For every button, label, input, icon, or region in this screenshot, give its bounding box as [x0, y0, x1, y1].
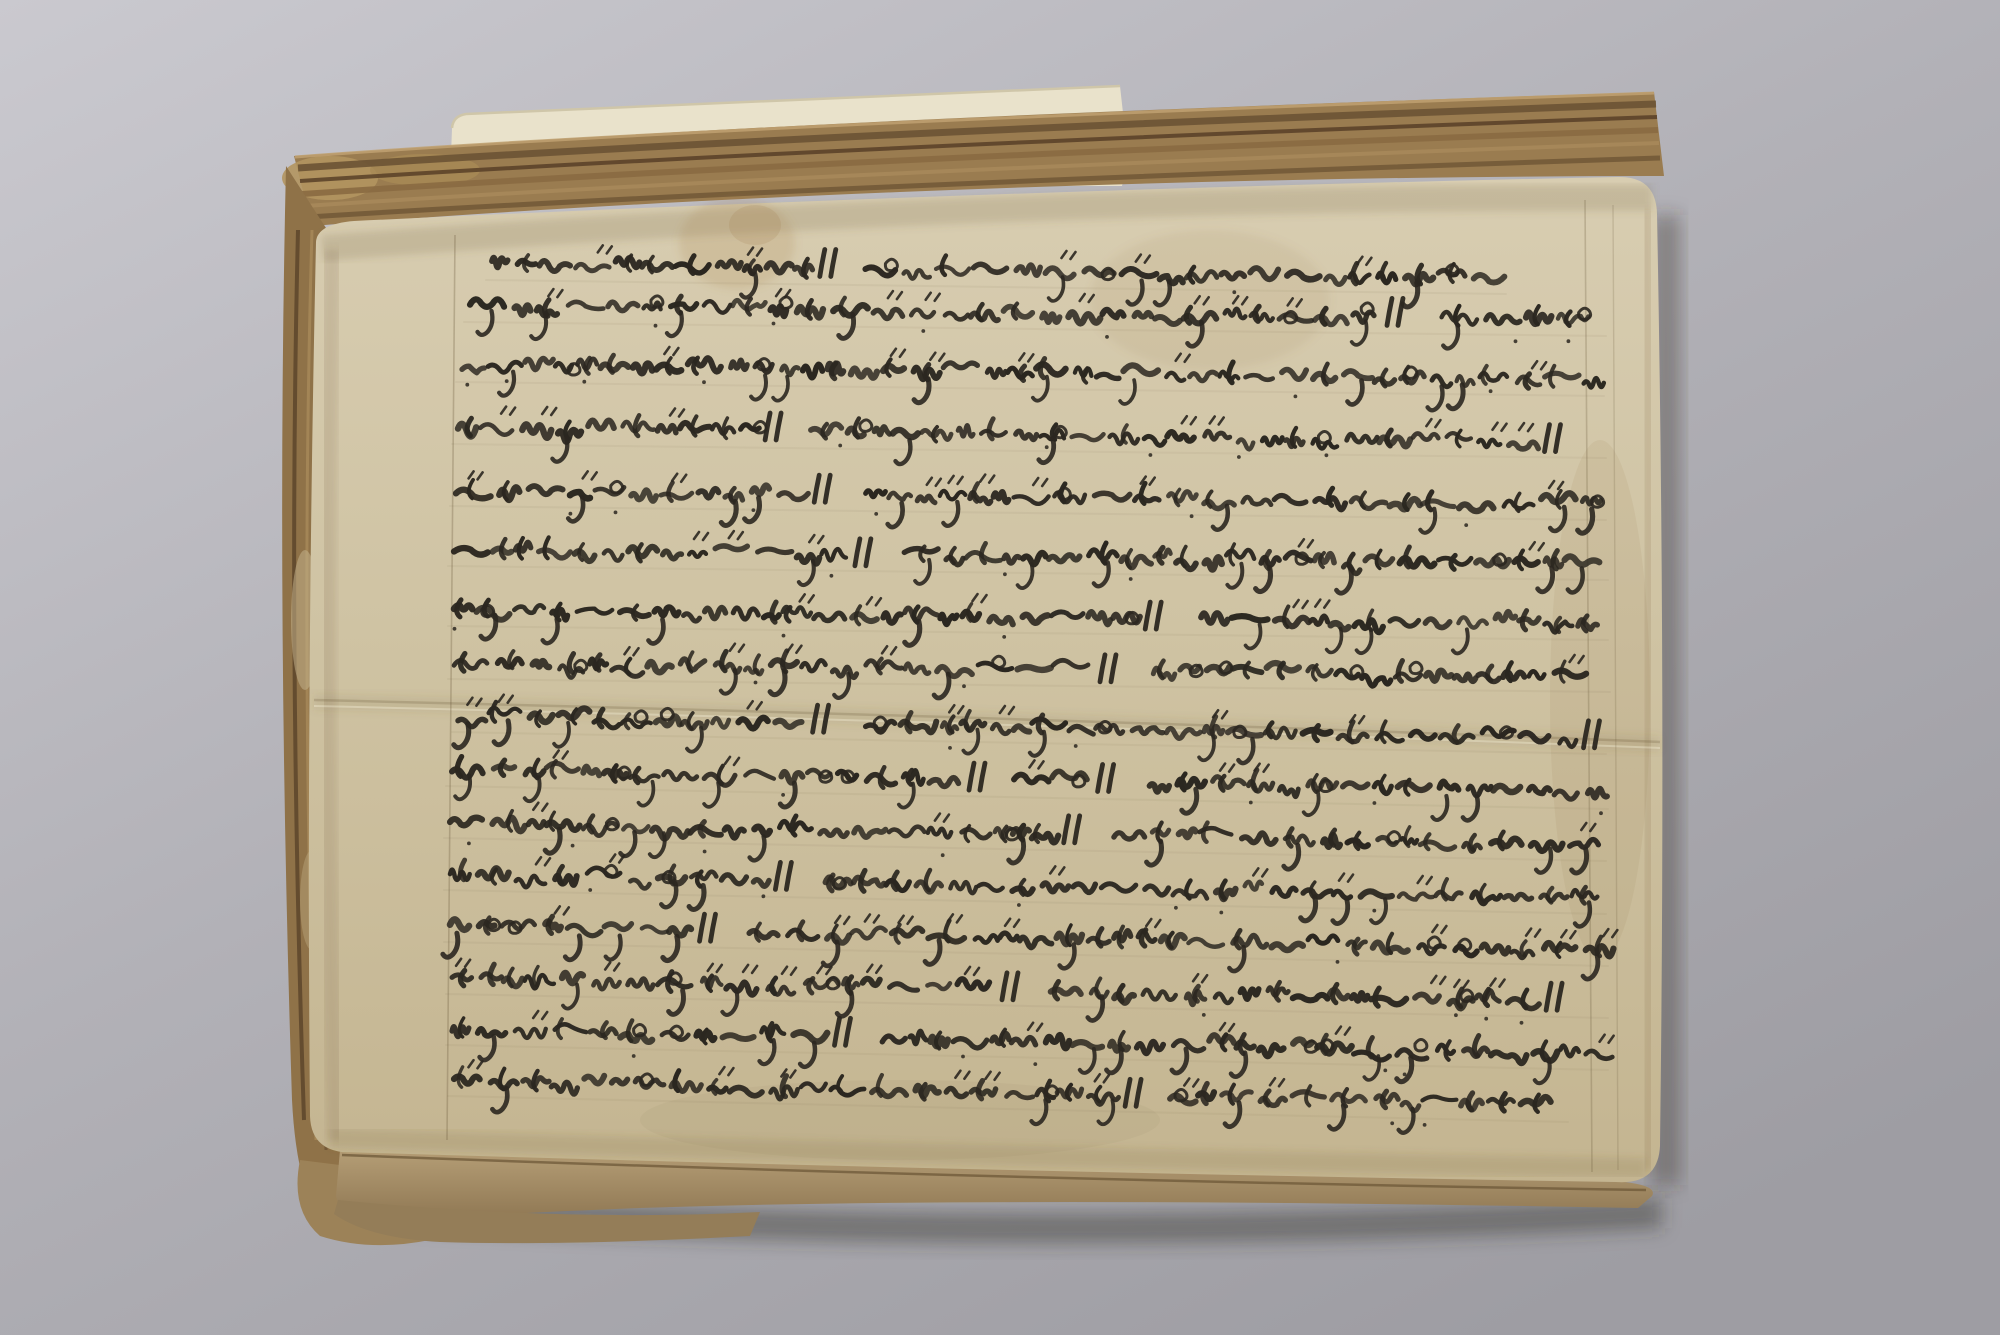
stain [1090, 230, 1330, 370]
manuscript-photo [0, 0, 2000, 1335]
photo [0, 0, 2000, 1335]
water-stain-core [729, 205, 781, 245]
book [282, 86, 1680, 1245]
